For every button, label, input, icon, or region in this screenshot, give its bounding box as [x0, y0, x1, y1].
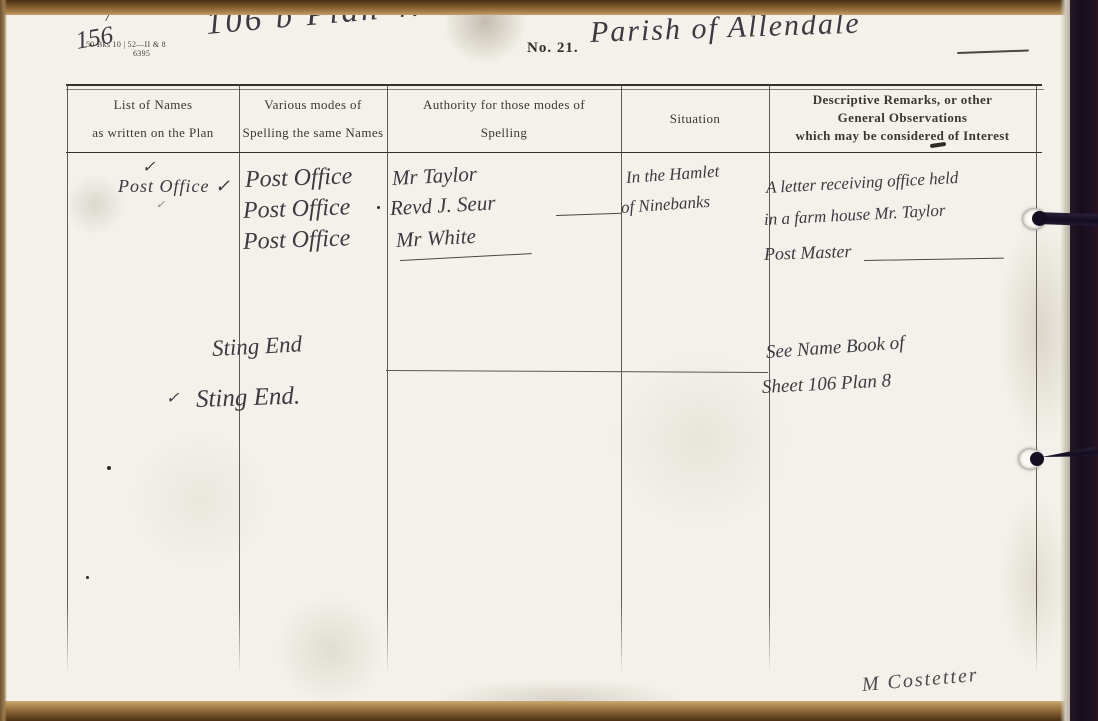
page-right-edge-shadow: [1060, 0, 1070, 721]
header-situation: Situation: [621, 111, 769, 127]
book-left-edge: [0, 0, 7, 721]
table-top-rule: [66, 84, 1042, 86]
book-binding: [1070, 0, 1098, 721]
header-remarks-line3: which may be considered of Interest: [769, 128, 1036, 144]
binding-cord-knot-bottom: [1030, 452, 1044, 466]
header-remarks-line2: General Observations: [769, 110, 1036, 126]
header-spelling-line2: Spelling the same Names: [239, 125, 387, 141]
column-line-left: [67, 84, 68, 674]
header-names-line2: as written on the Plan: [67, 125, 239, 141]
entry2-name-variant-2: Sting End.: [196, 382, 301, 414]
table-top-rule-2: [66, 89, 1044, 90]
column-line-right: [1036, 84, 1037, 674]
book-bottom-edge: [0, 701, 1098, 721]
entry2-checkmark: ✓: [166, 388, 179, 408]
column-line-1: [239, 84, 240, 674]
ink-speck: [107, 466, 111, 470]
surveyor-signature: M Costetter: [861, 664, 980, 697]
header-authority-line2: Spelling: [387, 125, 621, 141]
ink-speck: [86, 576, 89, 579]
header-remarks-line1: Descriptive Remarks, or other: [769, 92, 1036, 108]
entry2-name-variant-1: Sting End: [211, 331, 302, 362]
entry1-remarks-flourish: [864, 258, 1004, 261]
column-line-2: [387, 84, 388, 674]
entry1-remarks-1: A letter receiving office held: [765, 168, 958, 198]
entry1-remarks-2: in a farm house Mr. Taylor: [763, 201, 945, 230]
record-number: No. 21.: [527, 40, 579, 57]
entry1-spelling-3: Post Office: [243, 225, 351, 256]
header-spelling-line1: Various modes of: [239, 97, 387, 113]
table-header-rule: [66, 152, 1042, 153]
binding-cord-knot-top: [1032, 211, 1047, 226]
entry1-situation-1: In the Hamlet: [625, 162, 720, 188]
ink-speck: [377, 206, 380, 209]
entry2-remarks-1: See Name Book of: [765, 332, 905, 364]
entry1-spelling-1: Post Office: [245, 163, 353, 194]
entry1-situation-2: of Ninebanks: [620, 192, 710, 218]
entry-separator-line: [386, 370, 768, 373]
entry1-authority-2: Revd J. Seur: [389, 190, 496, 220]
book-top-edge: [0, 0, 1098, 15]
entry2-remarks-2: Sheet 106 Plan 8: [761, 370, 891, 399]
entry1-remarks-3: Post Master: [764, 241, 852, 265]
entry1-checkmark-below: ✓: [156, 198, 165, 211]
form-reference-line1: 50 Bks 10 | 52—II & 8: [86, 40, 166, 49]
form-reference-line2: 6395: [133, 49, 150, 58]
column-line-3: [621, 84, 622, 674]
scanned-name-book-page: { "page": { "page_number": "156", "page_…: [0, 0, 1098, 721]
header-names-line1: List of Names: [67, 97, 239, 113]
entry1-authority-3: Mr White: [395, 224, 476, 253]
entry1-authority-3-underline: [400, 253, 532, 261]
entry1-checkmark-above: ✓: [142, 157, 155, 177]
entry1-authority-1: Mr Taylor: [391, 162, 477, 191]
entry1-name: Post Office ✓: [118, 176, 231, 197]
page-number: 156: [74, 22, 116, 56]
entry1-authority-2-dash: [556, 213, 622, 216]
entry1-spelling-2: Post Office: [243, 194, 351, 225]
header-authority-line1: Authority for those modes of: [387, 97, 621, 113]
parish-flourish-dash: [957, 49, 1029, 54]
